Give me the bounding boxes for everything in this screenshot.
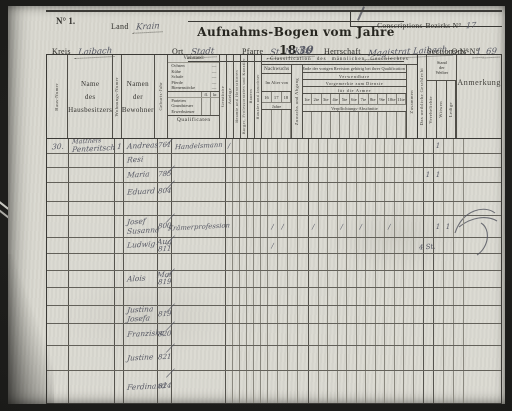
house-number-value: 30. [51, 141, 64, 151]
cell-house-number [47, 238, 69, 253]
livestock-rows: Ochsen—Kühe—Schafe—Pferde—Bienenstöcke— [168, 63, 219, 91]
cell-class-mark [347, 183, 357, 201]
cell-zusammen [414, 238, 424, 253]
cell-female-mark: 1 [434, 168, 444, 182]
class-empty-cell [350, 112, 359, 138]
cell-class-mark [376, 202, 386, 215]
cell-female-total: 1 [424, 168, 434, 182]
class-number-heads: 1te2te3te4te5te6te7te8te9te10te11te [303, 94, 407, 105]
table-row [47, 254, 501, 271]
cell-occupation-mark [261, 238, 268, 253]
cell-occupation-mark [226, 288, 233, 305]
class-number-head: 1te [303, 94, 312, 104]
class-empty-cell [340, 112, 349, 138]
cell-birth-year [158, 202, 172, 215]
cell-class-mark [309, 324, 319, 345]
birth-year-value: 821 [157, 354, 171, 362]
cell-nachwuchs-mark [268, 254, 278, 270]
cell-female-mark [454, 271, 464, 287]
class-mark: ∕ [360, 223, 362, 231]
revision-block: Zu Ende der vorigen Revision gehörig bei… [303, 65, 408, 138]
cell-class-mark [395, 306, 405, 323]
cell-occupation-mark [247, 271, 254, 287]
cell-dwelling-number [115, 216, 124, 237]
cell-class-mark [328, 371, 338, 403]
table-row: AloisMai819∕ [47, 271, 501, 288]
cell-house-number [47, 168, 69, 182]
cell-nachwuchs-mark [288, 306, 298, 323]
class-mark: ∕ [312, 223, 314, 231]
classification-title: Classification des männlichen Geschlecht… [262, 55, 417, 65]
livestock-title: Viehstand: [168, 55, 219, 63]
class-empty-cells [303, 112, 407, 138]
cell-dwelling-number [115, 324, 124, 345]
female-column: Verehelichte [427, 81, 437, 138]
cell-occupation-mark [233, 238, 240, 253]
column-dwelling-number: Wohnungs-Numer [113, 55, 122, 138]
cell-class-mark [319, 371, 329, 403]
cell-class-mark [328, 306, 338, 323]
cell-house-number [47, 306, 69, 323]
cell-inhabitant-name [124, 288, 158, 305]
cell-female-mark [434, 346, 444, 370]
cell-zusammen [414, 139, 424, 153]
cell-house-owner [69, 346, 115, 370]
female-group-header: Stand der Weiber [427, 55, 456, 81]
cell-class-mark [319, 139, 329, 153]
cell-house-owner [69, 324, 115, 345]
cell-birth-year: Aug811∕ [158, 238, 172, 253]
cell-female-mark [444, 346, 454, 370]
cell-zusammen [414, 346, 424, 370]
cell-class-mark [357, 324, 367, 345]
cell-class-mark [366, 202, 376, 215]
cell-nachwuchs-mark [288, 238, 298, 253]
class-number-head: 9te [378, 94, 387, 104]
cell-class-mark [328, 183, 338, 201]
cell-female-total [424, 254, 434, 270]
cell-zuwachs [298, 238, 309, 253]
cell-class-mark [385, 306, 395, 323]
cell-zuwachs [298, 154, 309, 167]
female-total-mark: 1 [426, 171, 430, 179]
cell-class-mark [395, 183, 405, 201]
cell-class-mark [328, 139, 338, 153]
cell-class-mark: ∕ [338, 216, 348, 237]
cell-remark [464, 306, 502, 323]
class-number-head: 10te [387, 94, 396, 104]
cell-occupation-mark [254, 371, 261, 403]
cell-nachwuchs-mark [278, 183, 288, 201]
cell-class-mark [404, 238, 414, 253]
cell-occupation-mark [261, 216, 268, 237]
female-mark: 1 [436, 223, 440, 231]
cell-zuwachs [298, 216, 309, 237]
cell-inhabitant-name: Andreas [124, 139, 158, 153]
cell-female-mark [454, 324, 464, 345]
cell-occupation-mark [261, 168, 268, 182]
cell-class-mark [338, 371, 348, 403]
birth-year-value: 819 [157, 310, 171, 318]
cell-class-mark [347, 154, 357, 167]
cell-class-mark [338, 271, 348, 287]
birth-year-value: 761 [157, 142, 171, 150]
cell-occupation-mark [247, 202, 254, 215]
cell-class-mark [309, 371, 319, 403]
class-empty-cell [359, 112, 368, 138]
cell-female-mark [434, 306, 444, 323]
table-row: Eduard804∕ [47, 183, 501, 202]
cell-occupation-mark [261, 139, 268, 153]
cell-inhabitant-name: JosefSusanna [124, 216, 158, 237]
cell-house-number [47, 202, 69, 215]
cell-female-mark [444, 183, 454, 201]
cell-occupation-mark [226, 154, 233, 167]
house-number-label: Haus-Numer [55, 83, 60, 111]
cell-occupation-mark: ∕ [226, 139, 233, 153]
cell-class-mark [357, 371, 367, 403]
cell-dwelling-number [115, 306, 124, 323]
female-column: Witwen [437, 81, 447, 138]
cell-dwelling-number [115, 254, 124, 270]
cell-class-mark [347, 216, 357, 237]
cell-nachwuchs-mark [288, 154, 298, 167]
table-row: Resi [47, 154, 501, 168]
cell-class-mark [366, 346, 376, 370]
cell-remark [464, 271, 502, 287]
class-mark: ∕ [388, 223, 390, 231]
cell-house-number [47, 154, 69, 167]
cell-occupation-mark [240, 183, 247, 201]
cell-class-mark [376, 306, 386, 323]
cell-female-mark [454, 183, 464, 201]
cell-class-mark [385, 346, 395, 370]
land-field: Land Krain [111, 16, 162, 34]
cell-nachwuchs-mark [268, 168, 278, 182]
cell-occupation-mark [254, 238, 261, 253]
cell-qualification [172, 288, 226, 305]
cell-class-mark [404, 202, 414, 215]
cell-occupation-mark [240, 154, 247, 167]
cell-zusammen [414, 271, 424, 287]
cell-nachwuchs-mark [288, 288, 298, 305]
cell-house-owner [69, 371, 115, 403]
cell-remark [464, 202, 502, 215]
class-empty-cell [322, 112, 331, 138]
nachwuchs-empty-cell [282, 110, 292, 138]
cell-class-mark [357, 288, 367, 305]
cell-female-mark [454, 254, 464, 270]
cell-class-mark [366, 254, 376, 270]
cell-remark [464, 324, 502, 345]
cell-class-mark [404, 154, 414, 167]
cell-class-mark [404, 183, 414, 201]
cell-class-mark [376, 168, 386, 182]
cell-female-mark [444, 254, 454, 270]
cell-remark [464, 288, 502, 305]
cell-class-mark [347, 139, 357, 153]
cell-class-mark [347, 371, 357, 403]
cell-class-mark [376, 183, 386, 201]
cell-class-mark [395, 216, 405, 237]
cell-female-mark [454, 202, 464, 215]
cell-occupation-mark [254, 139, 261, 153]
cell-occupation-mark [254, 168, 261, 182]
cell-female-total [424, 346, 434, 370]
cell-zusammen [414, 154, 424, 167]
class-number-head: 4te [331, 94, 340, 104]
cell-class-mark [309, 346, 319, 370]
occupation-column: Bauern [248, 55, 255, 138]
cell-zusammen [414, 216, 424, 237]
form-number: N° 1. [56, 16, 75, 26]
occupation-columns: GeistlicheAdeligeBeamte und Honoratioren… [220, 55, 262, 138]
column-birth-year: Geburts-Jahr [155, 55, 168, 138]
cell-occupation-mark [233, 371, 240, 403]
cell-female-mark [444, 139, 454, 153]
cell-class-mark [357, 238, 367, 253]
cell-class-mark [338, 183, 348, 201]
cell-occupation-mark [233, 168, 240, 182]
cell-nachwuchs-mark [288, 168, 298, 182]
cell-birth-year: 761∕ [158, 139, 172, 153]
occupation-column: Bürger, Professionisten und Künstler [241, 55, 248, 138]
cell-class-mark [395, 288, 405, 305]
cell-female-mark [434, 288, 444, 305]
cell-class-mark [338, 154, 348, 167]
cell-birth-year: 804∕ [158, 183, 172, 201]
occupation-column-label: Häusler und Inwohner [256, 74, 260, 119]
cell-nachwuchs-mark [268, 306, 278, 323]
cell-house-owner [69, 154, 115, 167]
cell-class-mark [385, 254, 395, 270]
cell-house-number [47, 371, 69, 403]
cell-nachwuchs-mark [278, 324, 288, 345]
cell-zuwachs [298, 288, 309, 305]
cell-class-mark [328, 254, 338, 270]
cell-class-mark [319, 183, 329, 201]
class-empty-cell [397, 112, 406, 138]
cell-occupation-mark [240, 238, 247, 253]
cell-occupation-mark [254, 254, 261, 270]
occupation-column-label: Beamte und Honoratioren [235, 70, 239, 123]
cell-house-number [47, 271, 69, 287]
cell-nachwuchs-mark [268, 324, 278, 345]
cell-class-mark [357, 271, 367, 287]
classification-block: Classification des männlichen Geschlecht… [262, 55, 418, 138]
cell-nachwuchs-mark [278, 371, 288, 403]
table-row: Ferdinand824∕ [47, 371, 501, 403]
inhabitant-name: Eduard [127, 187, 156, 197]
land-value: Krain [132, 21, 163, 34]
cell-birth-year [158, 154, 172, 167]
female-column-label: Ledige [449, 102, 454, 117]
cell-female-total [424, 183, 434, 201]
cell-class-mark [338, 324, 348, 345]
cell-occupation-mark [240, 139, 247, 153]
cell-occupation-mark [233, 183, 240, 201]
cell-occupation-mark [254, 271, 261, 287]
cell-female-mark [434, 183, 444, 201]
cell-female-mark [454, 154, 464, 167]
cell-house-owner [69, 306, 115, 323]
cell-occupation-mark [247, 254, 254, 270]
cell-nachwuchs-mark: ∕ [268, 238, 278, 253]
cell-class-mark [347, 288, 357, 305]
cell-class-mark [328, 168, 338, 182]
cell-zusammen [414, 202, 424, 215]
cell-qualification [172, 271, 226, 287]
cell-class-mark [338, 139, 348, 153]
cell-class-mark [385, 168, 395, 182]
cell-nachwuchs-mark [278, 238, 288, 253]
cell-remark [464, 238, 502, 253]
birth-year-value: 785 [157, 171, 171, 179]
nachwuchs-empty-cells [262, 110, 291, 138]
cell-qualification: Krämerprofession [172, 216, 226, 237]
inhabitant-name: Ludwig [127, 241, 156, 251]
table-body: 4 St. 30.MattheisPenteritsch1Andreas761∕… [47, 139, 501, 403]
cell-female-total [424, 288, 434, 305]
cell-remark [464, 183, 502, 201]
cell-zuwachs [298, 271, 309, 287]
cell-class-mark [338, 254, 348, 270]
cell-class-mark [319, 216, 329, 237]
cell-female-mark [454, 371, 464, 403]
nachwuchs-empty-cell [272, 110, 282, 138]
cell-class-mark [309, 238, 319, 253]
cell-inhabitant-name: JustinaJosefa [124, 306, 158, 323]
cell-occupation-mark [240, 324, 247, 345]
occupation-column: Geistliche [220, 55, 227, 138]
cell-class-mark [366, 139, 376, 153]
nachwuchs-year-head: 18 [282, 92, 292, 102]
cell-birth-year: 820∕ [158, 324, 172, 345]
cell-class-mark [328, 271, 338, 287]
cell-class-mark [347, 306, 357, 323]
cell-class-mark [338, 288, 348, 305]
cell-qualification: Handelsmann [172, 139, 226, 153]
cell-zuwachs [298, 306, 309, 323]
cell-class-mark [395, 238, 405, 253]
cell-occupation-mark [247, 371, 254, 403]
table-row [47, 288, 501, 306]
cell-class-mark [395, 202, 405, 215]
cell-class-mark [309, 139, 319, 153]
cell-house-owner [69, 254, 115, 270]
qualification-text: Krämerprofession [167, 221, 230, 232]
cell-inhabitant-name: Resi [124, 154, 158, 167]
cell-house-number [47, 216, 69, 237]
form-header: N° 1. Land Krain Conscriptions-Bezirks N… [46, 10, 502, 54]
cell-house-owner [69, 216, 115, 237]
cell-class-mark [366, 306, 376, 323]
class-number-head: 7te [359, 94, 368, 104]
cell-occupation-mark [261, 306, 268, 323]
cell-class-mark [328, 202, 338, 215]
cell-occupation-mark [254, 324, 261, 345]
cell-class-mark [319, 271, 329, 287]
cell-class-mark [347, 202, 357, 215]
nachwuchs-mark: ∕ [281, 223, 283, 231]
cell-class-mark [366, 324, 376, 345]
cell-qualification [172, 183, 226, 201]
form-sheet: N° 1. Land Krain Conscriptions-Bezirks N… [8, 6, 505, 404]
cell-zuwachs [298, 202, 309, 215]
cell-house-owner [69, 202, 115, 215]
cell-class-mark [309, 271, 319, 287]
birth-year-value: 811 [157, 245, 171, 253]
cell-occupation-mark [240, 271, 247, 287]
female-mark: 1 [446, 223, 450, 231]
cell-inhabitant-name: Ferdinand [124, 371, 158, 403]
cell-female-mark [434, 202, 444, 215]
cell-nachwuchs-mark [288, 183, 298, 201]
cell-occupation-mark [247, 238, 254, 253]
dwelling-number-value: 1 [116, 141, 122, 150]
cell-class-mark [376, 346, 386, 370]
cell-class-mark [319, 324, 329, 345]
cell-house-owner [69, 271, 115, 287]
cell-class-mark [319, 288, 329, 305]
cell-class-mark [357, 306, 367, 323]
cell-female-total [424, 154, 434, 167]
cell-class-mark [366, 238, 376, 253]
tax-subbox: fl. kr. ParteienGrundsteuerErwerbsteuer … [168, 91, 219, 139]
table-row: JosefSusanna800∕Krämerprofession∕∕∕∕∕∕11 [47, 216, 501, 238]
cell-zuwachs [298, 324, 309, 345]
cell-nachwuchs-mark [278, 306, 288, 323]
cell-class-mark [395, 254, 405, 270]
inhabitant-name: Andreas [127, 141, 159, 151]
cell-zusammen [414, 288, 424, 305]
cell-zusammen [414, 324, 424, 345]
class-number-head: 8te [369, 94, 378, 104]
cell-birth-year: 821∕ [158, 346, 172, 370]
cell-nachwuchs-mark [268, 183, 278, 201]
cell-occupation-mark [226, 306, 233, 323]
cell-occupation-mark [261, 154, 268, 167]
cell-occupation-mark [226, 254, 233, 270]
cell-female-mark [434, 154, 444, 167]
cell-zusammen [414, 183, 424, 201]
cell-occupation-mark [240, 254, 247, 270]
cell-occupation-mark [240, 346, 247, 370]
cell-female-mark [444, 154, 454, 167]
cell-class-mark [319, 254, 329, 270]
cell-class-mark [319, 238, 329, 253]
table-row: Franziska820∕ [47, 324, 501, 346]
cell-female-total [424, 139, 434, 153]
inhabitant-name: Resi [127, 156, 144, 165]
cell-female-mark [444, 238, 454, 253]
cell-class-mark [376, 271, 386, 287]
cell-class-mark [404, 139, 414, 153]
cell-occupation-mark [247, 168, 254, 182]
cell-class-mark [328, 324, 338, 345]
qualification-caption: Qualificaten [168, 115, 219, 125]
class-empty-cell [331, 112, 340, 138]
cell-zuwachs [298, 168, 309, 182]
cell-remark [464, 139, 502, 153]
cell-occupation-mark [261, 271, 268, 287]
cell-occupation-mark [247, 306, 254, 323]
cell-remark [464, 154, 502, 167]
cell-nachwuchs-mark [268, 154, 278, 167]
cell-birth-year [158, 254, 172, 270]
cell-zusammen [414, 306, 424, 323]
cell-class-mark [347, 346, 357, 370]
